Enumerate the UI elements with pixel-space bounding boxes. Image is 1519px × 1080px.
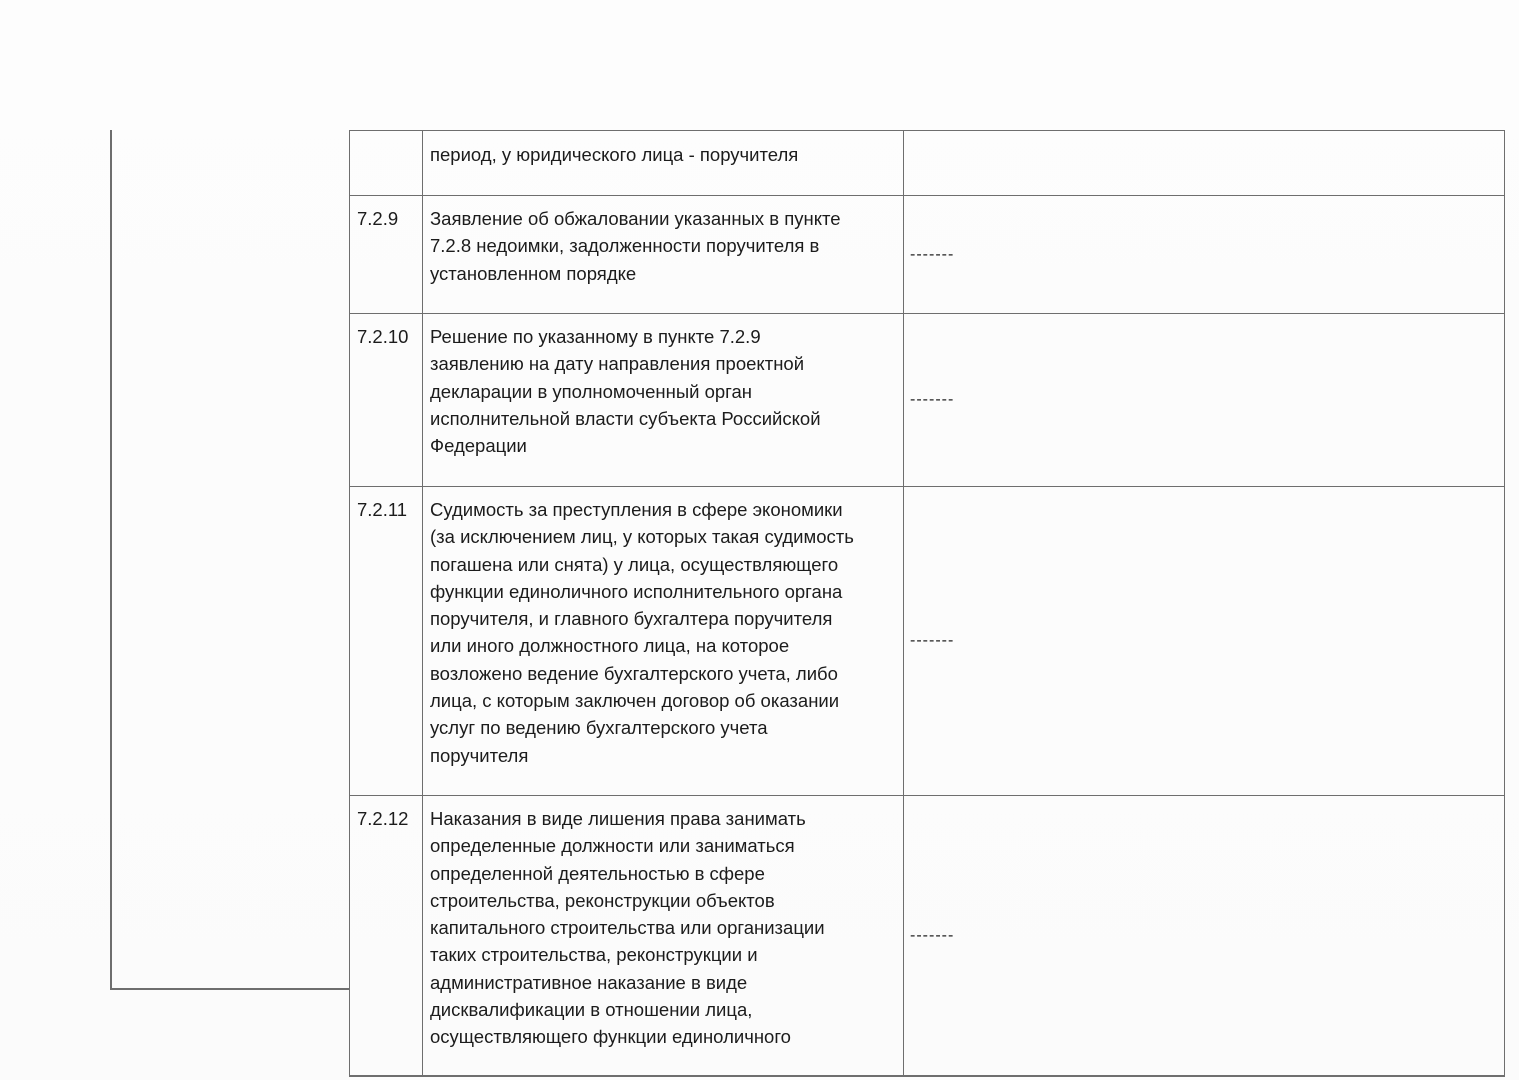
item-description: Решение по указанному в пункте 7.2.9 зая…: [423, 314, 904, 487]
text-line: возложено ведение бухгалтерского учета, …: [430, 660, 895, 687]
text-line: таких строительства, реконструкции и: [430, 941, 895, 968]
text-line: определенные должности или заниматься: [430, 832, 895, 859]
item-number: 7.2.12: [350, 796, 423, 1077]
item-number: 7.2.11: [350, 487, 423, 796]
declaration-table: период, у юридического лица - поручителя…: [349, 130, 1505, 1077]
table-row: 7.2.9 Заявление об обжаловании указанных…: [350, 196, 1505, 314]
text-line: лица, с которым заключен договор об оказ…: [430, 687, 895, 714]
table-body: период, у юридического лица - поручителя…: [350, 131, 1505, 1077]
text-line: или иного должностного лица, на которое: [430, 632, 895, 659]
text-line: Федерации: [430, 432, 895, 459]
text-line: строительства, реконструкции объектов: [430, 887, 895, 914]
text-line: услуг по ведению бухгалтерского учета: [430, 714, 895, 741]
table-row: 7.2.10 Решение по указанному в пункте 7.…: [350, 314, 1505, 487]
table-row: период, у юридического лица - поручителя: [350, 131, 1505, 196]
text-line: погашена или снята) у лица, осуществляющ…: [430, 551, 895, 578]
text-line: (за исключением лиц, у которых такая суд…: [430, 523, 895, 550]
text-line: Заявление об обжаловании указанных в пун…: [430, 205, 895, 232]
item-value: -------: [904, 487, 1505, 796]
item-description: период, у юридического лица - поручителя: [423, 131, 904, 196]
item-number: [350, 131, 423, 196]
text-line: поручителя, и главного бухгалтера поручи…: [430, 605, 895, 632]
text-line: капитального строительства или организац…: [430, 914, 895, 941]
item-description: Заявление об обжаловании указанных в пун…: [423, 196, 904, 314]
text-line: функции единоличного исполнительного орг…: [430, 578, 895, 605]
text-line: осуществляющего функции единоличного: [430, 1023, 895, 1050]
left-section-column: [110, 130, 349, 990]
text-line: Наказания в виде лишения права занимать: [430, 805, 895, 832]
item-value: -------: [904, 196, 1505, 314]
item-number: 7.2.10: [350, 314, 423, 487]
item-value: -------: [904, 796, 1505, 1077]
table-row: 7.2.12 Наказания в виде лишения права за…: [350, 796, 1505, 1077]
text-line: 7.2.8 недоимки, задолженности поручителя…: [430, 232, 895, 259]
item-description: Наказания в виде лишения права занимать …: [423, 796, 904, 1077]
table-row: 7.2.11 Судимость за преступления в сфере…: [350, 487, 1505, 796]
item-number: 7.2.9: [350, 196, 423, 314]
text-line: Решение по указанному в пункте 7.2.9: [430, 323, 895, 350]
text-line: административное наказание в виде: [430, 969, 895, 996]
item-description: Судимость за преступления в сфере эконом…: [423, 487, 904, 796]
item-value: [904, 131, 1505, 196]
text-line: заявлению на дату направления проектной: [430, 350, 895, 377]
text-line: период, у юридического лица - поручителя: [430, 141, 895, 168]
text-line: исполнительной власти субъекта Российско…: [430, 405, 895, 432]
text-line: определенной деятельностью в сфере: [430, 860, 895, 887]
text-line: установленном порядке: [430, 260, 895, 287]
text-line: дисквалификации в отношении лица,: [430, 996, 895, 1023]
text-line: поручителя: [430, 742, 895, 769]
text-line: Судимость за преступления в сфере эконом…: [430, 496, 895, 523]
text-line: декларации в уполномоченный орган: [430, 378, 895, 405]
item-value: -------: [904, 314, 1505, 487]
scanned-page: период, у юридического лица - поручителя…: [0, 0, 1519, 1080]
